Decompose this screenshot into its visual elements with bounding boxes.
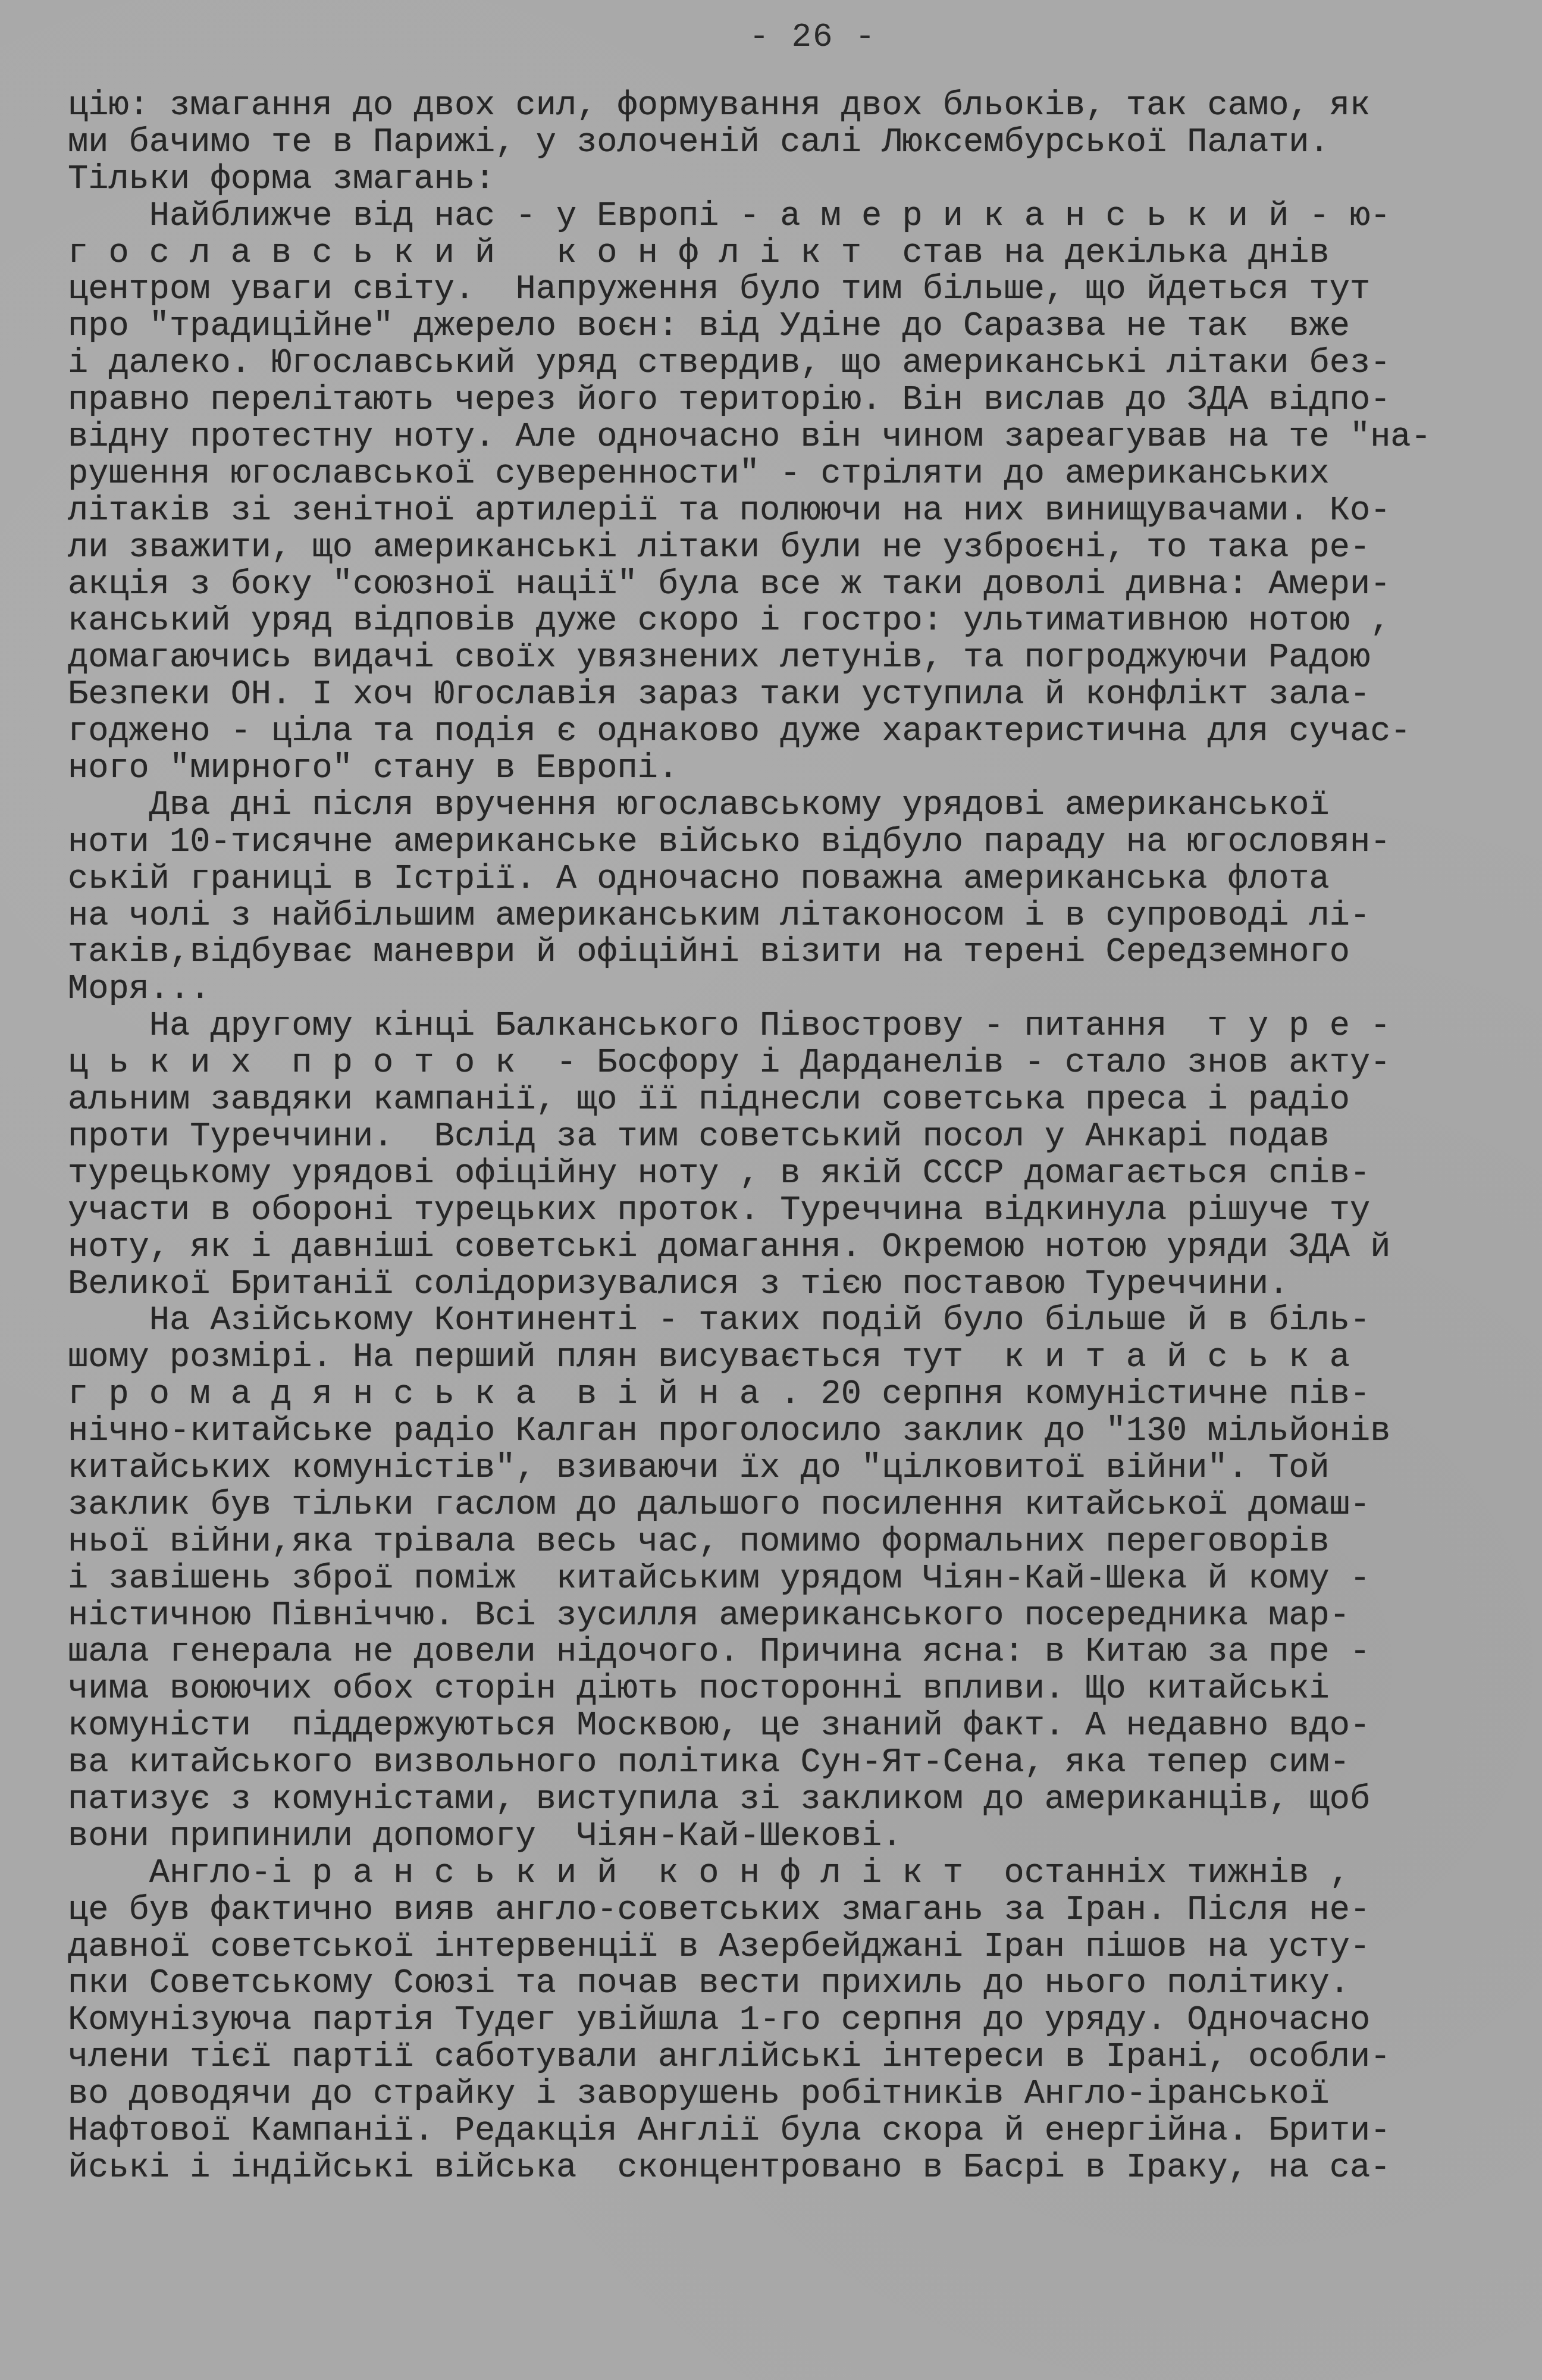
text-line: ва китайського визвольного політика Сун-… — [68, 1745, 1496, 1782]
text-line: акція з боку "союзної нації" була все ж … — [68, 567, 1496, 604]
text-line: На другому кінці Балканського Півострову… — [68, 1009, 1496, 1045]
text-line: відну протестну ноту. Але одночасно він … — [68, 419, 1496, 456]
text-line: заклик був тільки гаслом до дальшого пос… — [68, 1487, 1496, 1524]
text-line: літаків зі зенітної артилерії та полюючи… — [68, 493, 1496, 530]
text-line: проти Туреччини. Вслід за тим советський… — [68, 1119, 1496, 1156]
text-line: Безпеки ОН. І хоч Югославія зараз таки у… — [68, 677, 1496, 714]
text-line: таків,відбуває маневри й офіційні візити… — [68, 935, 1496, 972]
document-body: цію: змагання до двох сил, формування дв… — [68, 88, 1496, 2187]
text-line: альним завдяки кампанії, що її піднесли … — [68, 1082, 1496, 1119]
text-line: Два дні після вручення югославському уря… — [68, 788, 1496, 825]
text-line: Моря... — [68, 972, 1496, 1009]
text-line: турецькому урядові офіційну ноту , в які… — [68, 1156, 1496, 1193]
text-line: Комунізуюча партія Тудег увійшла 1-го се… — [68, 2003, 1496, 2040]
text-line: Англо-і р а н с ь к и й к о н ф л і к т … — [68, 1856, 1496, 1893]
text-line: вони припинили допомогу Чіян-Кай-Шекові. — [68, 1819, 1496, 1856]
text-line: шому розмірі. На перший плян висувається… — [68, 1340, 1496, 1377]
text-line: цію: змагання до двох сил, формування дв… — [68, 88, 1496, 125]
text-line: Великої Британії солідоризувалися з тією… — [68, 1267, 1496, 1304]
text-line: ноту, як і давніші советські домагання. … — [68, 1230, 1496, 1267]
text-line: патизує з комуністами, виступила зі закл… — [68, 1782, 1496, 1819]
text-line: канський уряд відповів дуже скоро і гост… — [68, 603, 1496, 640]
text-line: комуністи піддержуються Москвою, це знан… — [68, 1708, 1496, 1745]
text-line: пки Советському Союзі та почав вести при… — [68, 1966, 1496, 2003]
text-line: і завішень зброї поміж китайським урядом… — [68, 1561, 1496, 1598]
text-line: це був фактично вияв англо-советських зм… — [68, 1893, 1496, 1930]
text-line: нічно-китайське радіо Калган проголосило… — [68, 1414, 1496, 1451]
text-line: правно перелітають через його територію.… — [68, 383, 1496, 419]
text-line: г р о м а д я н с ь к а в і й н а . 20 с… — [68, 1377, 1496, 1414]
text-line: ного "мирного" стану в Европі. — [68, 751, 1496, 788]
text-line: домагаючись видачі своїх увязнених летун… — [68, 640, 1496, 677]
text-line: Найближче від нас - у Европі - а м е р и… — [68, 199, 1496, 236]
text-line: рушення югославської суверенности" - стр… — [68, 456, 1496, 493]
page-number: - 26 - — [42, 18, 1542, 56]
text-line: Нафтової Кампанії. Редакція Англії була … — [68, 2113, 1496, 2150]
text-line: і далеко. Югославський уряд ствердив, що… — [68, 346, 1496, 383]
text-line: про "традиційне" джерело воєн: від Удіне… — [68, 309, 1496, 346]
text-line: ц ь к и х п р о т о к - Босфору і Дардан… — [68, 1045, 1496, 1082]
text-line: участи в обороні турецьких проток. Туреч… — [68, 1193, 1496, 1230]
text-line: ській границі в Істрії. А одночасно пова… — [68, 862, 1496, 898]
text-line: центром уваги світу. Напруження було тим… — [68, 272, 1496, 309]
text-line: шала генерала не довели нідочого. Причин… — [68, 1634, 1496, 1671]
text-line: давної советської інтервенції в Азербейд… — [68, 1930, 1496, 1966]
text-line: На Азійському Континенті - таких подій б… — [68, 1303, 1496, 1340]
text-line: члени тієї партії саботували англійські … — [68, 2040, 1496, 2077]
text-line: годжено - ціла та подія є однаково дуже … — [68, 714, 1496, 751]
text-line: ли зважити, що американські літаки були … — [68, 530, 1496, 567]
text-line: Тільки форма змагань: — [68, 162, 1496, 199]
text-line: чима воюючих обох сторін діють посторонн… — [68, 1671, 1496, 1708]
text-line: во доводячи до страйку і заворушень робі… — [68, 2077, 1496, 2113]
text-line: ньої війни,яка трівала весь час, помимо … — [68, 1524, 1496, 1561]
text-line: ноти 10-тисячне американське військо від… — [68, 825, 1496, 862]
text-line: китайських комуністів", взиваючи їх до "… — [68, 1451, 1496, 1487]
text-line: г о с л а в с ь к и й к о н ф л і к т ст… — [68, 236, 1496, 273]
text-line: йські і індійські війська сконцентровано… — [68, 2150, 1496, 2187]
text-line: ми бачимо те в Парижі, у золоченій салі … — [68, 125, 1496, 162]
text-line: на чолі з найбільшим американським літак… — [68, 898, 1496, 935]
text-line: ністичною Північчю. Всі зусилля американ… — [68, 1598, 1496, 1635]
